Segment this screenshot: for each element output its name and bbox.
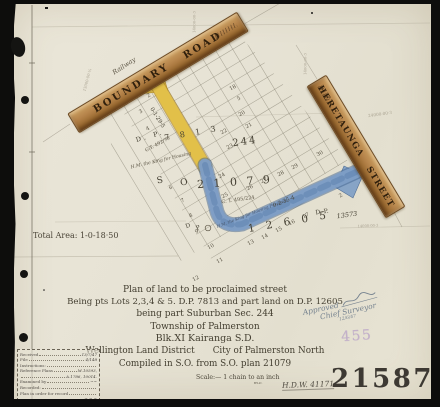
- lot-number: 2: [338, 193, 344, 200]
- scan-edge-top: [0, 0, 440, 4]
- lot-number: 30: [316, 150, 325, 158]
- scan-edge-bottom: [0, 399, 440, 407]
- lot-number: 22: [220, 128, 229, 136]
- lot-number: 8: [188, 213, 194, 220]
- lot-number: 28: [277, 170, 286, 178]
- form-row-leader: [29, 357, 85, 362]
- king-housing-note: H.M. the King for Housing: [130, 152, 191, 171]
- archive-number: 455: [340, 327, 372, 345]
- dp-7813-number: 7 8 1 3: [164, 124, 221, 143]
- lot-number: 14: [261, 233, 270, 241]
- record-form: Received13/7/47File4/148Instructions:Ref…: [17, 349, 100, 401]
- lot-number: 10: [207, 243, 216, 251]
- land-district: Wellington Land District: [86, 346, 195, 356]
- dp-letter: D: [185, 222, 192, 230]
- lot-number: 18: [229, 84, 238, 92]
- area-yellow-strip: 0-1-29·5: [148, 107, 165, 130]
- so-letter: O: [179, 177, 188, 188]
- lot-number: 13: [247, 239, 256, 247]
- punch-hole: [19, 333, 28, 342]
- lot-number: 5: [236, 96, 242, 103]
- form-row-label: Recorded:: [20, 385, 41, 390]
- scale-text: Scale:— 1 chain to an inch: [196, 374, 279, 381]
- form-row-value: M.10593,: [78, 368, 97, 373]
- sec-244-label: 244: [232, 135, 258, 149]
- so-letter: S: [156, 176, 164, 187]
- title-line: Blk.XI Kairanga S.D.: [45, 333, 365, 345]
- lot-number: 3: [138, 109, 144, 116]
- punch-hole: [21, 192, 29, 200]
- lot-number: 21: [245, 122, 254, 130]
- city: City of Palmerston North: [213, 346, 325, 356]
- lot-number: 7: [180, 198, 186, 205]
- survey-ref: 14000-00·3: [303, 53, 308, 75]
- survey-ref: 24000-00·3: [368, 110, 393, 118]
- form-row-leader: [42, 385, 96, 390]
- form-row-leader: [39, 351, 80, 356]
- scan-edge-right: [431, 0, 440, 407]
- form-row-leader: [21, 373, 65, 378]
- punch-hole: [21, 96, 29, 104]
- lot-number: 20: [238, 110, 247, 118]
- scale-initials: m.c.: [254, 380, 263, 385]
- scanned-survey-plan: BOUNDARY ROAD HERETAUNGA STREET Railway2…: [0, 0, 440, 407]
- survey-ref: 14000-00·3: [358, 223, 379, 228]
- form-row-label: File: [20, 357, 28, 362]
- survey-ref: 14000-00·3: [192, 11, 197, 33]
- survey-ref: 13000-00·¾: [82, 68, 93, 92]
- scale-note: Scale:— 1 chain to an inch m.c.: [196, 374, 279, 381]
- form-row-leader: [47, 362, 96, 367]
- dp-13573-number: 13573: [336, 210, 358, 221]
- form-row-leader: [47, 379, 89, 384]
- lot-6: 6: [168, 185, 174, 192]
- form-row-leader: [54, 368, 77, 373]
- lot-number: 2: [146, 93, 152, 100]
- lot-number: 12: [192, 275, 201, 283]
- form-row-leader: [69, 390, 96, 395]
- reference-code: H.D.W. 41171: [282, 379, 334, 391]
- railway-label: Railway: [111, 56, 137, 77]
- total-area-note: Total Area: 1-0-18·50: [33, 231, 118, 240]
- lot-number: 11: [216, 257, 225, 265]
- title-line: Plan of land to be proclaimed street: [45, 284, 365, 296]
- form-row-label: Instructions:: [20, 363, 46, 368]
- lot-number: 29: [291, 163, 300, 171]
- punch-hole: [20, 270, 28, 278]
- plan-number-stamp: 21587: [331, 364, 434, 394]
